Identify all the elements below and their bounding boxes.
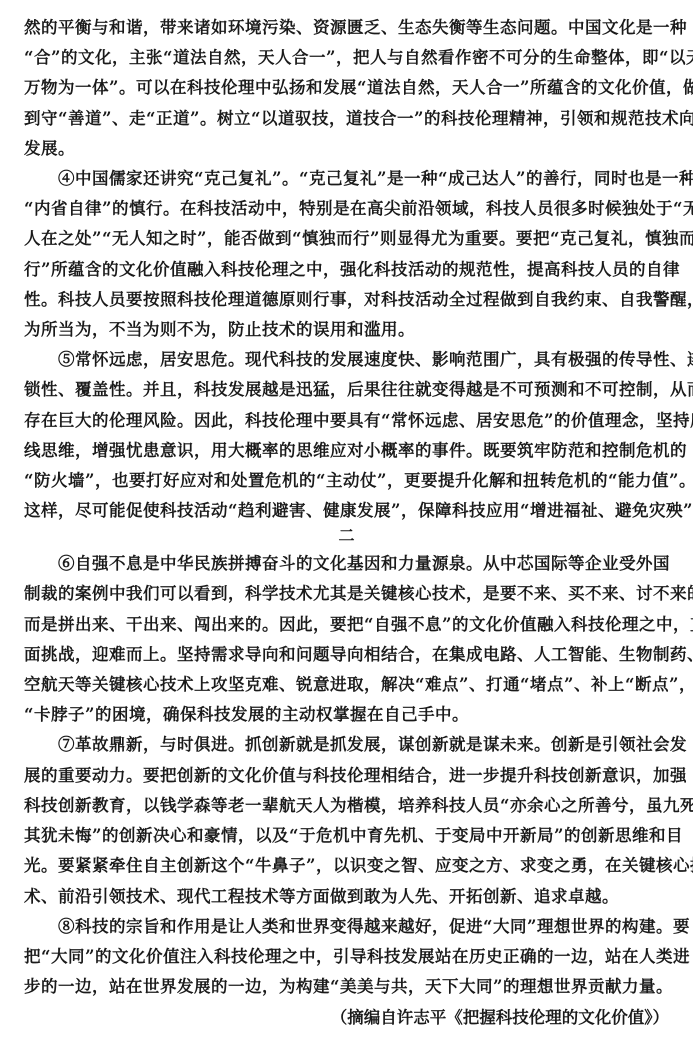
paragraph-line: ⑤常怀远虑，居安思危。现代科技的发展速度快、影响范围广，具有极强的传导性、连 xyxy=(58,348,666,372)
paragraph-line: 而是拼出来、干出来、闯出来的。因此，要把“自强不息”的文化价值融入科技伦理之中，… xyxy=(24,613,666,637)
paragraph-line: 制裁的案例中我们可以看到，科学技术尤其是关键核心技术，是要不来、买不来、讨不来的… xyxy=(24,582,666,606)
paragraph-line: 然的平衡与和谐，带来诸如环境污染、资源匮乏、生态失衡等生态问题。中国文化是一种 xyxy=(24,16,666,40)
paragraph-line: “内省自律”的慎行。在科技活动中，特别是在高尖前沿领域，科技人员很多时候独处于“… xyxy=(24,197,666,221)
paragraph-line: 性。科技人员要按照科技伦理道德原则行事，对科技活动全过程做到自我约束、自我警醒， xyxy=(24,288,666,312)
paragraph-line: 步的一边，站在世界发展的一边，为构建“美美与共，天下大同”的理想世界贡献力量。 xyxy=(24,975,666,999)
paragraph-line: “防火墙”，也要打好应对和处置危机的“主动仗”，更要提升化解和扭转危机的“能力值… xyxy=(24,469,666,493)
paragraph-line: 人在之处”“无人知之时”，能否做到“慎独而行”则显得尤为重要。要把“克己复礼，慎… xyxy=(24,227,666,251)
paragraph-line: “卡脖子”的困境，确保科技发展的主动权掌握在自己手中。 xyxy=(24,703,666,727)
section-heading: 二 xyxy=(0,524,693,548)
paragraph-line: 展的重要动力。要把创新的文化价值与科技伦理相结合，进一步提升科技创新意识，加强 xyxy=(24,764,666,788)
paragraph-line: 科技创新教育，以钱学森等老一辈航天人为楷模，培养科技人员“亦余心之所善兮，虽九死 xyxy=(24,794,666,818)
paragraph-line: 把“大同”的文化价值注入科技伦理之中，引导科技发展站在历史正确的一边，站在人类进 xyxy=(24,945,666,969)
paragraph-line: 存在巨大的伦理风险。因此，科技伦理中要具有“常怀远虑、居安思危”的价值理念，坚持… xyxy=(24,409,666,433)
paragraph-line: 其犹未悔”的创新决心和豪情，以及“于危机中育先机、于变局中开新局”的创新思维和目 xyxy=(24,824,666,848)
paragraph-line: 面挑战，迎难而上。坚持需求导向和问题导向相结合，在集成电路、人工智能、生物制药、… xyxy=(24,643,666,667)
paragraph-line: 到守“善道”、走“正道”。树立“以道驭技，道技合一”的科技伦理精神，引领和规范技… xyxy=(24,107,666,131)
paragraph-line: ⑦革故鼎新，与时俱进。抓创新就是抓发展，谋创新就是谋未来。创新是引领社会发 xyxy=(58,733,666,757)
paragraph-line: 术、前沿引领技术、现代工程技术等方面做到敢为人先、开拓创新、追求卓越。 xyxy=(24,885,666,909)
paragraph-line: 线思维，增强忧患意识，用大概率的思维应对小概率的事件。既要筑牢防范和控制危机的 xyxy=(24,439,666,463)
paragraph-line: ⑧科技的宗旨和作用是让人类和世界变得越来越好，促进“大同”理想世界的构建。要 xyxy=(58,915,666,939)
paragraph-line: 为所当为，不当为则不为，防止技术的误用和滥用。 xyxy=(24,318,666,342)
paragraph-line: 空航天等关键核心技术上攻坚克难、锐意进取，解决“难点”、打通“堵点”、补上“断点… xyxy=(24,673,666,697)
paragraph-line: ④中国儒家还讲究“克己复礼”。“克己复礼”是一种“成己达人”的善行，同时也是一种 xyxy=(58,167,666,191)
paragraph-line: 行”所蕴含的文化价值融入科技伦理之中，强化科技活动的规范性，提高科技人员的自律 xyxy=(24,258,666,282)
source-citation: （摘编自许志平《把握科技伦理的文化价值》） xyxy=(331,1006,669,1030)
paragraph-line: 发展。 xyxy=(24,137,666,161)
paragraph-line: 万物为一体”。可以在科技伦理中弘扬和发展“道法自然，天人合一”所蕴含的文化价值，… xyxy=(24,76,666,100)
paragraph-line: “合”的文化，主张“道法自然，天人合一”，把人与自然看作密不可分的生命整体，即“… xyxy=(24,46,666,70)
document-page: 然的平衡与和谐，带来诸如环境污染、资源匮乏、生态失衡等生态问题。中国文化是一种 … xyxy=(0,0,693,1039)
paragraph-line: ⑥自强不息是中华民族拼搏奋斗的文化基因和力量源泉。从中芯国际等企业受外国 xyxy=(58,552,666,576)
paragraph-line: 锁性、覆盖性。并且，科技发展越是迅猛，后果往往就变得越是不可预测和不可控制，从而 xyxy=(24,378,666,402)
paragraph-line: 光。要紧紧牵住自主创新这个“牛鼻子”，以识变之智、应变之方、求变之勇，在关键核心… xyxy=(24,854,666,878)
paragraph-line: 这样，尽可能促使科技活动“趋利避害、健康发展”，保障科技应用“增进福祉、避免灾殃… xyxy=(24,499,666,523)
